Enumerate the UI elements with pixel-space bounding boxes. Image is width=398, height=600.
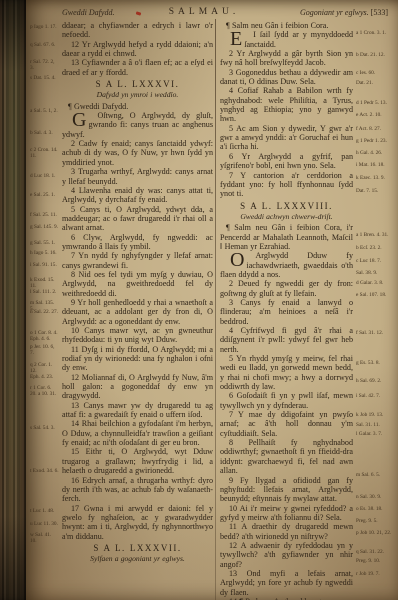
verse: 10 Ai i'r meirw y gwnei ryfeddod? a gyfy… [220, 504, 353, 523]
margin-note: n Sal. 22. 27. [30, 309, 59, 315]
verse: 2 Yr Arglwydd a gâr byrth Sion yn fwy nâ… [220, 49, 353, 68]
margin-note: c Luc 18. 7. [356, 258, 396, 264]
verse: 13 Cyfiawnder a â o'i flaen ef; ac a eſy… [62, 58, 213, 77]
psalm-heading: S A L. LXXXVII. [62, 544, 213, 553]
verse: 13 Canys mawr yw dy drugaredd tu ag atta… [62, 401, 213, 420]
verse: 9 Fy llygad a ofidiodd gan fy nghyſtudd:… [220, 476, 353, 504]
margin-note: e Sal. 107. 18. [356, 292, 396, 298]
verse-with-dropcap: OArglwydd Dduw fy iachawdwriaeth, gwaedd… [220, 251, 353, 279]
margin-note: r Sal. 72. 2, 3. [30, 59, 59, 71]
margin-note: Sal. 38. 9. [356, 270, 396, 276]
margin-note: u Luc 11. 30. [30, 521, 59, 527]
margin-note: g 1 Pedr 1. 23. [356, 138, 396, 144]
verse: 7 Y mae dy ddigofaint yn pwyſo arnaf; ac… [220, 410, 353, 438]
verse: 8 Nid oes fel tydi ym myſg y duwiau, O A… [62, 270, 213, 298]
margin-note: p Iago 1. 17. [30, 24, 59, 30]
margin-note: m Sal. 6. 5. [356, 472, 396, 478]
verse: 12 A adwaenir dy ryfeddodau yn y tywyllw… [220, 541, 353, 569]
verse: 5 Ac am Sion y dywedir, Y gwr a'r gwr a … [220, 124, 353, 152]
margin-note: i Sal. 91. 15. [30, 262, 59, 268]
margin-note: Preg. 9. 5. [356, 518, 396, 524]
margin-note: h Iago 5. 16. [30, 250, 59, 256]
margin-note: a Sal. 5. 1, 2. [30, 108, 59, 114]
psalm-heading: S A L. LXXXVIII. [220, 202, 353, 211]
margin-note: q Sal. 67. 6. [30, 42, 59, 48]
verse-continuation: ddaear; a chyfiawnder a edrych i lawr o'… [62, 21, 213, 40]
verse: 13 Ond myfi a lefais arnat, Arglwydd; yn… [220, 569, 353, 597]
margin-note: o Es. 38. 18. [356, 506, 396, 512]
verse: 2 Deued fy ngweddi ger dy fron: goſtwng … [220, 279, 353, 298]
margin-note: Eph. 4. 23. [30, 374, 59, 380]
margin-note: o 1 Cor. 8. 4. Eph. 4. 6. [30, 330, 59, 342]
margin-note: d Luc 18. 1. [30, 173, 59, 179]
verse: 17 Gwna i mi arwydd er daioni: fel y gwe… [62, 504, 213, 541]
verse: 3 Canys fy enaid a lanwyd o flinderau; a… [220, 298, 353, 326]
margin-notes-right: a 1 Cron. 3. 1.b Dat. 21. 12.c Ies. 60.D… [356, 0, 396, 600]
margin-note: b Dat. 21. 12. [356, 52, 396, 58]
margin-note: i Sal. 42. 7. [356, 393, 396, 399]
text-column-left: ddaear; a chyfiawnder a edrych i lawr o'… [62, 21, 213, 566]
margin-note: a 1 Bren. 4. 31. [356, 232, 396, 238]
margin-note: h Sal. 69. 2. [356, 378, 396, 384]
margin-note: c 2 Cron. 14. 11. [30, 147, 59, 159]
margin-note: i Mat. 16. 18. [356, 162, 396, 168]
verse: 15 Eithr ti, O Arglwydd, wyt Dduw trugar… [62, 447, 213, 475]
margin-note: e Sal. 25. 1. [30, 192, 59, 198]
verse: 2 Cadw fy enaid; canys ſanctaidd ydwyf: … [62, 139, 213, 167]
margin-note: s Dat. 15. 4. [30, 75, 59, 81]
margin-note: b Ecſ. 23. 2. [356, 245, 396, 251]
verse: 14 Rhai beilchion a gyfodaſant i'm herby… [62, 419, 213, 447]
margin-note: k Ezec. 13. 9. [356, 175, 396, 181]
margin-note: l Galar. 3. 7. [356, 431, 396, 437]
book-photo: Gweddi Dafydd. SALMAU. Gogoniant yr eglw… [0, 0, 398, 600]
margin-note: f Sal. 25. 11. [30, 212, 59, 218]
verse: 4 Cofiaf Rahab a Babilon wrth fy nghydna… [220, 86, 353, 123]
drop-capital: G [62, 111, 88, 129]
margin-note: f Act. 8. 27. [356, 126, 396, 132]
verse: 5 Canys ti, O Arglwydd, ydwyt dda, a mad… [62, 205, 213, 233]
margin-note: q 2 Cor. 1. 12. [30, 362, 59, 374]
margin-note: Dat. 7. 15. [356, 188, 396, 194]
margin-note: d Galar. 3. 8. [356, 280, 396, 286]
margin-note: f Sal. 31. 12. [356, 330, 396, 336]
text-column-right: ¶ Salm neu Gân i feibion Cora.EI ſail ſy… [220, 21, 353, 600]
margin-note: b Sal. 4. 3. [30, 130, 59, 136]
verse: 12 Yr Arglwydd hefyd a rydd ddaioni; a'n… [62, 40, 213, 59]
verse: 4 Llawenha enaid dy was: canys attat ti,… [62, 186, 213, 205]
verse: 7 Y cantorion a'r cerddorion a fyddant y… [220, 171, 353, 199]
verse: 6 Yr Arglwydd a gyfrif, pan yſgrifeno'r … [220, 152, 353, 171]
margin-note: l Sal. 111. 2. [30, 289, 59, 295]
margin-note: p Job 10. 21, 22. [356, 530, 396, 536]
printed-page: Gweddi Dafydd. SALMAU. Gogoniant yr eglw… [26, 0, 398, 600]
margin-note: s Sal. 54. 3. [30, 425, 59, 431]
verse-with-dropcap: EI ſail ſydd ar y mynyddoedd ſanctaidd. [220, 30, 353, 49]
drop-capital: E [220, 30, 244, 48]
margin-note: g Sal. 55. 1. [30, 240, 59, 246]
margin-note: a 1 Cron. 3. 1. [356, 30, 396, 36]
verse: 3 Trugarha wrthyf, Arglwydd: canys arnat… [62, 167, 213, 186]
margin-note: t Luc 1. 48. [30, 508, 59, 514]
margin-note: h Gal. 4. 26. [356, 150, 396, 156]
margin-note: g Sal. 145. 9. [30, 224, 59, 230]
psalm-attribution: ¶ Gweddi Dafydd. [62, 102, 213, 111]
margin-note: w Sal. 41. 10. [30, 532, 59, 544]
psalm-subtitle: Dafydd yn ymroi i weddïo. [62, 90, 213, 99]
verse: 16 Edrych arnaf, a thrugarha wrthyf: dyr… [62, 476, 213, 504]
psalm-subtitle: Gweddi achwyn chwerw-driſt. [220, 212, 353, 221]
verse: 12 Moliannaf di, O Arglwydd fy Nuw, â'm … [62, 373, 213, 401]
margin-note: r 1 Cor. 6. 20. a 10. 31. [30, 385, 59, 397]
verse: 3 Gogoneddus bethau a ddywedir am danat … [220, 68, 353, 87]
running-header: Gweddi Dafydd. SALMAU. Gogoniant yr eglw… [60, 7, 388, 19]
margin-note: t Exod. 34. 6. [30, 468, 59, 474]
psalm-subtitle: Sylfaen a gogoniant yr eglwys. [62, 554, 213, 563]
margin-note: n Sal. 30. 9. [356, 494, 396, 500]
margin-notes-left: p Iago 1. 17.q Sal. 67. 6.r Sal. 72. 2, … [30, 0, 59, 600]
psalm-attribution: ¶ Salm neu Gân i feibion Cora. [220, 21, 353, 30]
margin-note: c Ies. 60. [356, 70, 396, 76]
margin-note: g Es. 53. 8. [356, 360, 396, 366]
margin-note: Sal. 31. 11. [356, 422, 396, 428]
verse: 11 Dyſg i mi dy ffordd, O Arglwydd; mi a… [62, 345, 213, 373]
margin-note: k Job 19. 13. [356, 412, 396, 418]
psalm-attribution: ¶ Salm neu Gân i feibion Cora, i'r Pence… [220, 223, 353, 251]
verse: 6 Clyw, Arglwydd, fy ngweddi: ac ymwrand… [62, 233, 213, 252]
margin-note: p Jer. 10. 6, 7. [30, 344, 59, 356]
margin-note: Dat. 21. [356, 80, 396, 86]
psalm-heading: S A L. LXXXVI. [62, 80, 213, 89]
verse: 9 Yr holl genhedloedd y rhai a wnaethoſt… [62, 298, 213, 326]
verse: 5 Yn rhydd ymyſg y meirw, fel rhai wedi … [220, 354, 353, 391]
margin-note: k Exod. 15. 11. [30, 277, 59, 289]
verse: 6 Goſodaiſt fi yn y pwll iſaf, mewn tywy… [220, 391, 353, 410]
margin-note: e Act. 2. 10. [356, 112, 396, 118]
verse-with-dropcap: GOſtwng, O Arglwydd, dy gluſt, gwrando f… [62, 111, 213, 139]
margin-note: r Job 19. 7. [356, 571, 396, 577]
drop-capital: O [220, 251, 246, 269]
verse: 10 Canys mawr wyt, ac yn gwneuthur rhyfe… [62, 326, 213, 345]
margin-note: d 1 Pedr 5. 13. [356, 100, 396, 106]
margin-note: Preg. 9. 10. [356, 558, 396, 564]
verse: 4 Cyfrifwyd fi gyd â'r rhai a ddiſgynent… [220, 326, 353, 354]
verse: 7 Yn nydd fy nghyfyngder y llefaf arnat:… [62, 251, 213, 270]
column-divider-rule [215, 19, 216, 600]
verse: 11 A draethir dy drugaredd mewn bedd? a'… [220, 522, 353, 541]
verse: 8 Pellhaiſt fy nghydnabod oddiwrthyf; gw… [220, 438, 353, 475]
margin-note: q Sal. 31. 22. [356, 549, 396, 555]
